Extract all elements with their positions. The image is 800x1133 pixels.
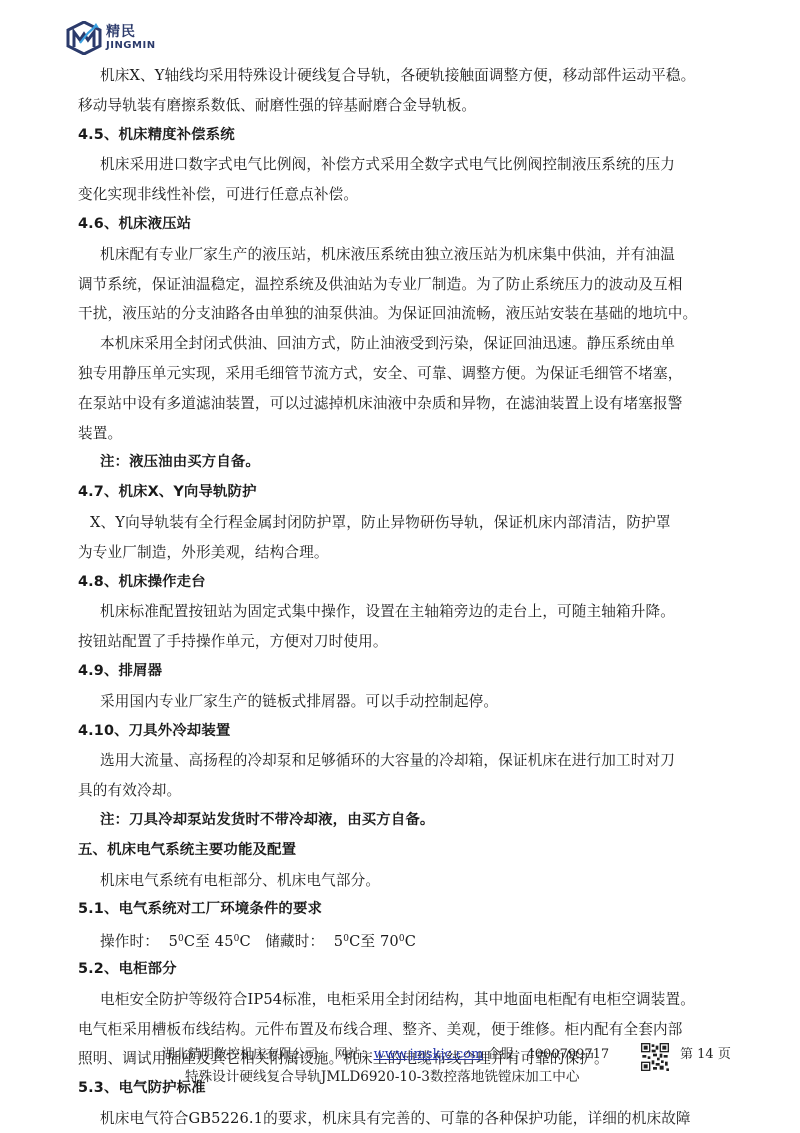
- paragraph-line: 本机床采用全封闭式供油、回油方式，防止油液受到污染，保证回油迅速。静压系统由单: [78, 329, 790, 359]
- temp-unit: C: [349, 933, 360, 950]
- range-separator: 至: [195, 933, 210, 950]
- section-heading: 五、机床电气系统主要功能及配置: [78, 836, 790, 866]
- paragraph-line: 机床采用进口数字式电气比例阀，补偿方式采用全数字式电气比例阀控制液压系统的压力: [78, 150, 790, 180]
- paragraph-line: 采用国内专业厂家生产的链板式排屑器。可以手动控制起停。: [78, 687, 790, 717]
- paragraph-line: 装置。: [78, 419, 790, 449]
- footer-website-link[interactable]: www.jmskjc.com: [374, 1047, 484, 1062]
- section-heading: 4.8、机床操作走台: [78, 568, 790, 598]
- temperature-requirements: 操作时： 50C至 450C 储藏时： 50C至 700C: [78, 925, 790, 955]
- temp-unit: C: [184, 933, 195, 950]
- paragraph-line: 为专业厂制造，外形美观，结构合理。: [78, 538, 790, 568]
- paragraph-line: 变化实现非线性补偿，可进行任意点补偿。: [78, 180, 790, 210]
- storage-temp-max: 70: [380, 933, 399, 950]
- qr-code-icon: [641, 1043, 669, 1071]
- footer-service-phone: 4000799717: [526, 1047, 609, 1062]
- page-number: 第 14 页: [680, 1043, 731, 1062]
- page-number-value: 14: [697, 1047, 714, 1062]
- section-heading: 5.2、电柜部分: [78, 955, 790, 985]
- company-logo: 精民 JINGMIN: [66, 20, 186, 56]
- paragraph-line: 电气柜采用槽板布线结构。元件布置及布线合理、整齐、美观，便于维修。柜内配有全套内…: [78, 1015, 790, 1045]
- page-prefix: 第: [680, 1047, 693, 1062]
- range-separator: 至: [360, 933, 375, 950]
- footer-document-title: 特殊设计硬线复合导轨JMLD6920-10-3数控落地铣镗床加工中心: [185, 1065, 580, 1085]
- section-heading: 4.9、排屑器: [78, 657, 790, 687]
- footer-company-name: 湖北精明数控机床有限公司: [162, 1047, 318, 1062]
- section-heading: 4.5、机床精度补偿系统: [78, 121, 790, 151]
- footer-contact-line: 湖北精明数控机床有限公司 网站：www.jmskjc.com 企服：400079…: [162, 1043, 609, 1062]
- section-heading: 5.1、电气系统对工厂环境条件的要求: [78, 895, 790, 925]
- document-body: 机床X、Y轴线均采用特殊设计硬线复合导轨，各硬轨接触面调整方便，移动部件运动平稳…: [78, 61, 790, 1133]
- paragraph-line: X、Y向导轨装有全行程金属封闭防护罩，防止异物研伤导轨，保证机床内部清洁，防护罩: [78, 508, 790, 538]
- operating-temp-min: 5: [169, 933, 178, 950]
- section-heading: 4.6、机床液压站: [78, 210, 790, 240]
- logo-english-name: JINGMIN: [106, 41, 156, 51]
- footer-service-label: 企服：: [487, 1047, 526, 1062]
- paragraph-line: 调节系统，保证油温稳定，温控系统及供油站为专业厂制造。为了防止系统压力的波动及互…: [78, 270, 790, 300]
- paragraph-line: 机床X、Y轴线均采用特殊设计硬线复合导轨，各硬轨接触面调整方便，移动部件运动平稳…: [78, 61, 790, 91]
- jingmin-logo-icon: [66, 21, 102, 55]
- operating-temp-max: 45: [215, 933, 234, 950]
- section-heading: 4.10、刀具外冷却装置: [78, 717, 790, 747]
- paragraph-line: 机床电气符合GB5226.1的要求，机床具有完善的、可靠的各种保护功能，详细的机…: [78, 1104, 790, 1133]
- paragraph-line: 独专用静压单元实现，采用毛细管节流方式，安全、可靠、调整方便。为保证毛细管不堵塞…: [78, 359, 790, 389]
- section-heading: 4.7、机床X、Y向导轨防护: [78, 478, 790, 508]
- paragraph-line: 电柜安全防护等级符合IP54标准，电柜采用全封闭结构，其中地面电柜配有电柜空调装…: [78, 985, 790, 1015]
- paragraph-line: 机床标准配置按钮站为固定式集中操作，设置在主轴箱旁边的走台上，可随主轴箱升降。: [78, 597, 790, 627]
- paragraph-line: 移动导轨装有磨擦系数低、耐磨性强的锌基耐磨合金导轨板。: [78, 91, 790, 121]
- operating-temp-label: 操作时：: [100, 933, 159, 950]
- storage-temp-label: 储藏时：: [265, 933, 324, 950]
- paragraph-line: 具的有效冷却。: [78, 776, 790, 806]
- paragraph-line: 干扰，液压站的分支油路各由单独的油泵供油。为保证回油流畅，液压站安装在基础的地坑…: [78, 299, 790, 329]
- note-text: 注：液压油由买方自备。: [78, 448, 790, 478]
- paragraph-line: 在泵站中设有多道滤油装置，可以过滤掉机床油液中杂质和异物，在滤油装置上设有堵塞报…: [78, 389, 790, 419]
- page-suffix: 页: [718, 1047, 731, 1062]
- paragraph-line: 按钮站配置了手持操作单元，方便对刀时使用。: [78, 627, 790, 657]
- temp-unit: C: [240, 933, 251, 950]
- paragraph-line: 机床配有专业厂家生产的液压站，机床液压系统由独立液压站为机床集中供油，并有油温: [78, 240, 790, 270]
- storage-temp-min: 5: [334, 933, 343, 950]
- paragraph-line: 机床电气系统有电柜部分、机床电气部分。: [78, 866, 790, 896]
- logo-chinese-name: 精民: [106, 25, 156, 39]
- note-text: 注：刀具冷却泵站发货时不带冷却液，由买方自备。: [78, 806, 790, 836]
- paragraph-line: 选用大流量、高扬程的冷却泵和足够循环的大容量的冷却箱，保证机床在进行加工时对刀: [78, 746, 790, 776]
- footer-website-label: 网站：: [335, 1047, 374, 1062]
- temp-unit: C: [405, 933, 416, 950]
